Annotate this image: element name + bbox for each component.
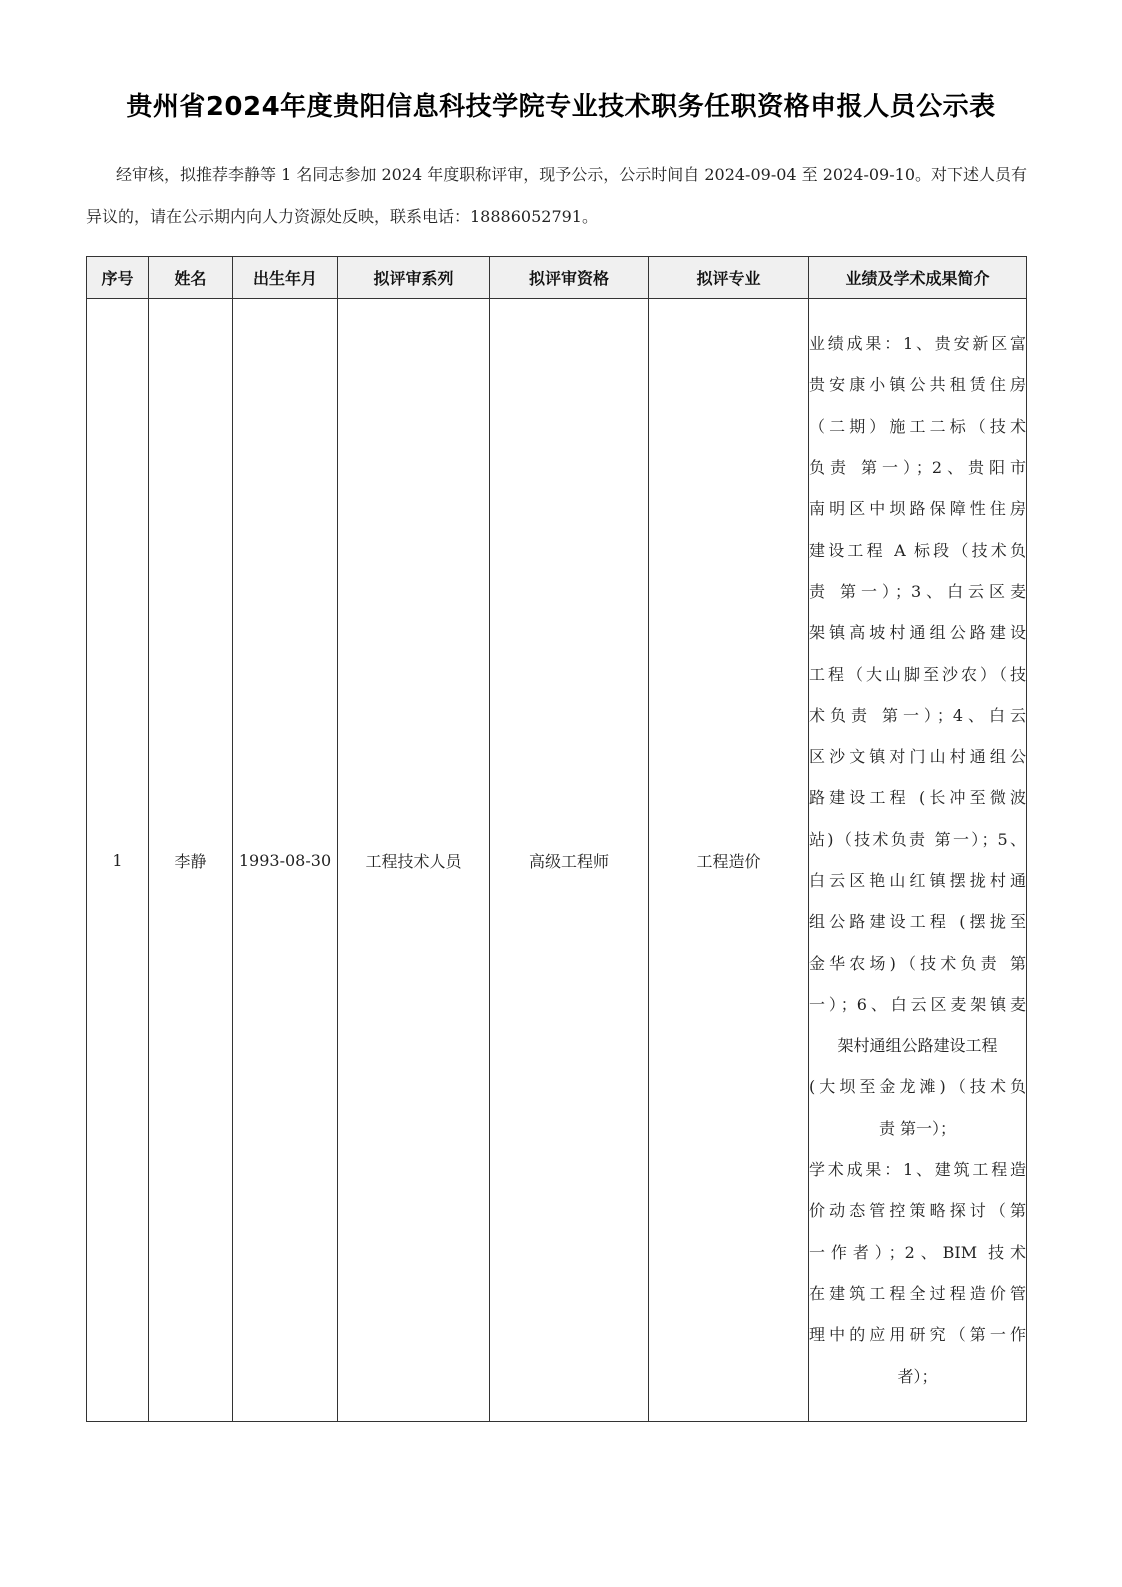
summary-line: 区沙文镇对门山村通组公 xyxy=(809,736,1026,777)
summary-line: 架镇高坡村通组公路建设 xyxy=(809,612,1026,653)
header-qualification: 拟评审资格 xyxy=(490,257,649,299)
summary-line: 价动态管控策略探讨（第 xyxy=(809,1190,1026,1231)
header-birth: 出生年月 xyxy=(233,257,338,299)
summary-line: 术负责 第一）；4、白云 xyxy=(809,695,1026,736)
summary-line: 一）；6、白云区麦架镇麦 xyxy=(809,984,1026,1025)
header-major: 拟评专业 xyxy=(649,257,809,299)
summary-line: 工程（大山脚至沙农）（技 xyxy=(809,654,1026,695)
summary-line: 者）； xyxy=(809,1356,1026,1397)
cell-birth: 1993-08-30 xyxy=(233,299,338,1422)
cell-summary: 业绩成果：1、贵安新区富 贵安康小镇公共租赁住房 （二期）施工二标（技术 负责 … xyxy=(809,299,1027,1422)
document-title: 贵州省2024年度贵阳信息科技学院专业技术职务任职资格申报人员公示表 xyxy=(0,86,1122,123)
summary-line: （二期）施工二标（技术 xyxy=(809,406,1026,447)
cell-qualification: 高级工程师 xyxy=(490,299,649,1422)
header-series: 拟评审系列 xyxy=(338,257,490,299)
summary-line: 责 第一）；3、白云区麦 xyxy=(809,571,1026,612)
summary-line: 在建筑工程全过程造价管 xyxy=(809,1273,1026,1314)
summary-line: 白云区艳山红镇摆拢村通 xyxy=(809,860,1026,901)
summary-line: 贵安康小镇公共租赁住房 xyxy=(809,364,1026,405)
cell-major: 工程造价 xyxy=(649,299,809,1422)
summary-line: 业绩成果：1、贵安新区富 xyxy=(809,323,1026,364)
summary-line: 负责 第一）；2、贵阳市 xyxy=(809,447,1026,488)
summary-line: 责 第一）； xyxy=(809,1108,1026,1149)
header-summary: 业绩及学术成果简介 xyxy=(809,257,1027,299)
summary-line: 路建设工程 (长冲至微波 xyxy=(809,777,1026,818)
summary-line: 建设工程 A 标段（技术负 xyxy=(809,530,1026,571)
table-row: 1 李静 1993-08-30 工程技术人员 高级工程师 工程造价 业绩成果：1… xyxy=(87,299,1027,1422)
cell-name: 李静 xyxy=(149,299,233,1422)
summary-line: 南明区中坝路保障性住房 xyxy=(809,488,1026,529)
summary-line: 架村通组公路建设工程 xyxy=(809,1025,1026,1066)
summary-line: 组公路建设工程 (摆拢至 xyxy=(809,901,1026,942)
header-index: 序号 xyxy=(87,257,149,299)
candidate-table: 序号 姓名 出生年月 拟评审系列 拟评审资格 拟评专业 业绩及学术成果简介 1 … xyxy=(86,256,1027,1422)
summary-line: (大坝至金龙滩)（技术负 xyxy=(809,1066,1026,1107)
cell-index: 1 xyxy=(87,299,149,1422)
notice-intro: 经审核，拟推荐李静等 1 名同志参加 2024 年度职称评审，现予公示，公示时间… xyxy=(86,154,1038,238)
summary-line: 学术成果：1、建筑工程造 xyxy=(809,1149,1026,1190)
summary-line: 理中的应用研究（第一作 xyxy=(809,1314,1026,1355)
summary-line: 金华农场)（技术负责 第 xyxy=(809,943,1026,984)
header-name: 姓名 xyxy=(149,257,233,299)
table-header-row: 序号 姓名 出生年月 拟评审系列 拟评审资格 拟评专业 业绩及学术成果简介 xyxy=(87,257,1027,299)
summary-line: 一作者）；2、BIM 技术 xyxy=(809,1232,1026,1273)
summary-line: 站)（技术负责 第一）；5、 xyxy=(809,819,1026,860)
cell-series: 工程技术人员 xyxy=(338,299,490,1422)
